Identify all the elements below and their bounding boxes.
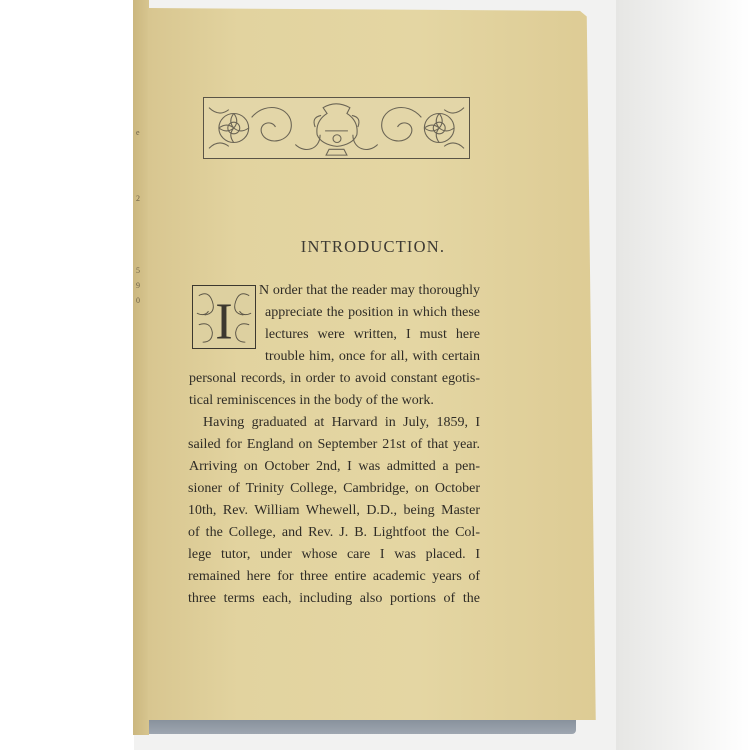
margin-mark: 2 <box>136 194 140 203</box>
text-line: of the College, and Rev. J. B. Lightfoot… <box>188 525 480 541</box>
margin-mark: e <box>136 128 140 137</box>
chapter-heading: INTRODUCTION. <box>148 237 598 257</box>
text-line: lege tutor, under whose care I was place… <box>188 547 480 563</box>
svg-text:I: I <box>215 292 232 348</box>
text-line: personal records, in order to avoid cons… <box>189 371 480 387</box>
text-line: 10th, Rev. William Whewell, D.D., being … <box>188 503 480 519</box>
text-line: Having graduated at Harvard in July, 185… <box>203 415 480 431</box>
text-line: tical reminiscences in the body of the w… <box>189 393 434 409</box>
text-line: lectures were written, I must here <box>265 327 480 343</box>
margin-mark: 9 <box>136 281 140 290</box>
text-line: N order that the reader may thoroughly <box>259 283 480 299</box>
previous-page-edge <box>133 0 149 735</box>
text-line: appreciate the position in which these <box>265 305 480 321</box>
text-line: remained here for three entire academic … <box>188 569 480 585</box>
decorated-initial-i-icon: I <box>193 286 255 348</box>
ornamental-headpiece <box>203 97 470 159</box>
margin-mark: 5 <box>136 266 140 275</box>
drop-cap: I <box>192 285 256 349</box>
text-line: trouble him, once for all, with certain <box>265 349 480 365</box>
background-right <box>616 0 750 750</box>
text-line: sioner of Trinity College, Cambridge, on… <box>188 481 480 497</box>
text-line: sailed for England on September 21st of … <box>188 437 480 453</box>
text-line: three terms each, including also portion… <box>188 591 480 607</box>
text-line: Arriving on October 2nd, I was admitted … <box>189 459 480 475</box>
background-left <box>0 0 134 750</box>
margin-mark: 0 <box>136 296 140 305</box>
floral-vase-ornament-icon <box>204 98 469 158</box>
